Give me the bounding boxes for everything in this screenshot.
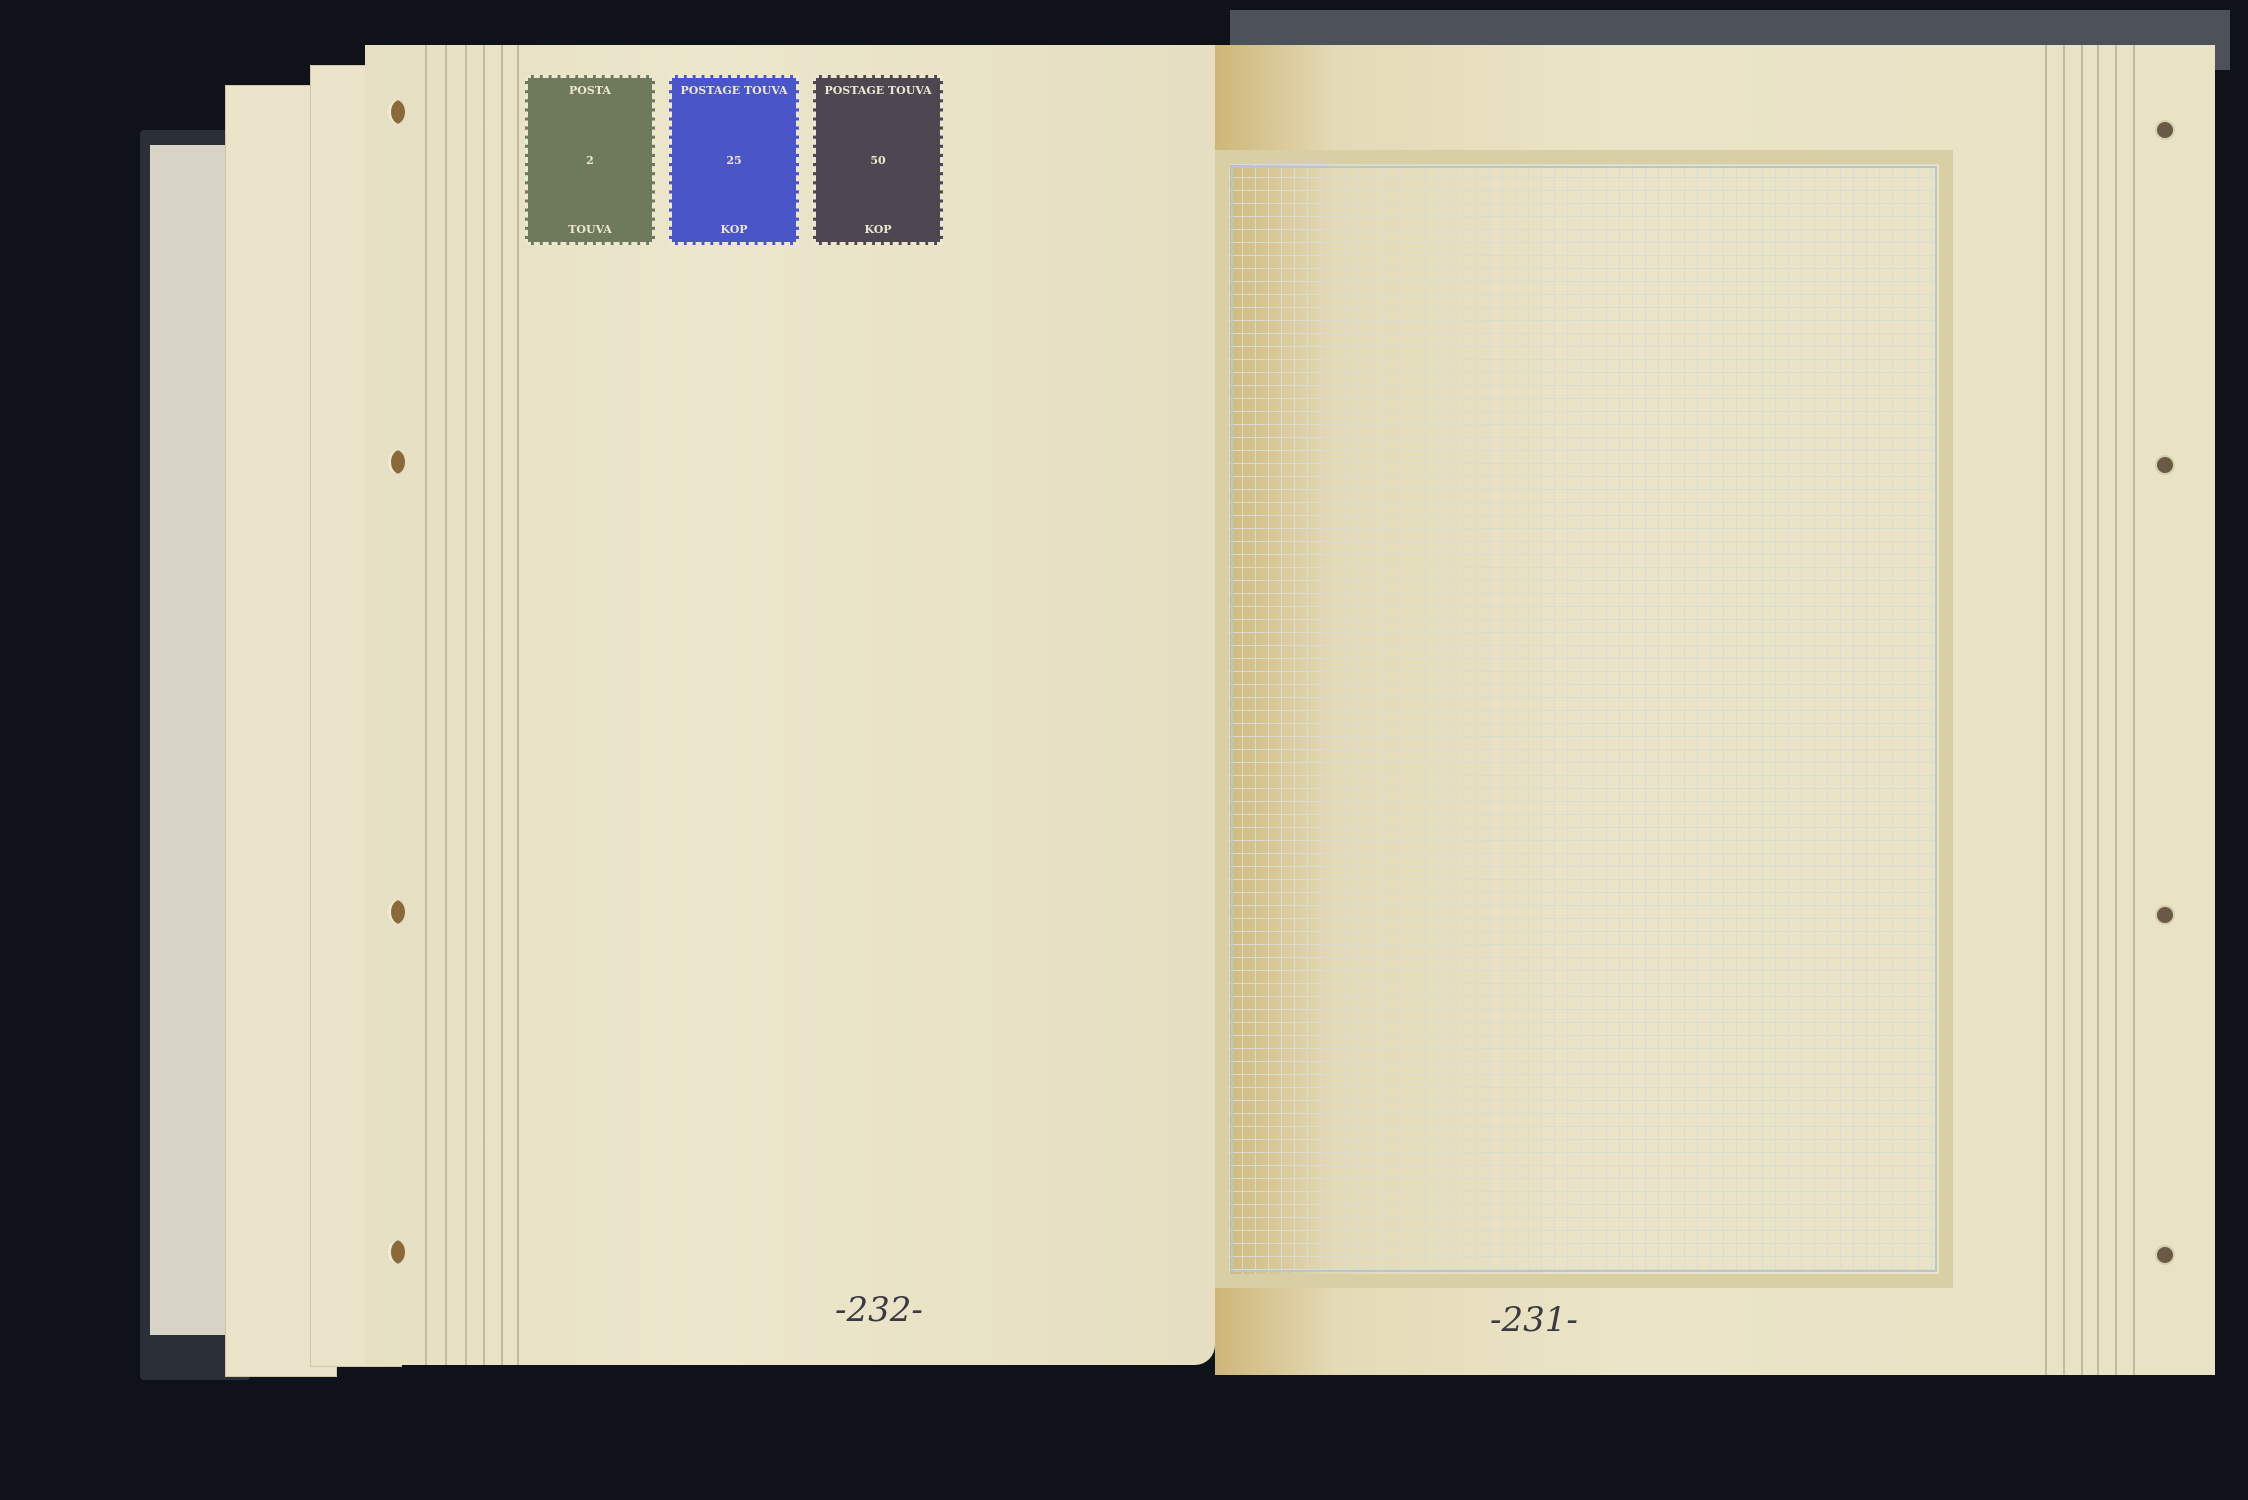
punch-hole: [387, 450, 405, 474]
punch-hole: [2155, 455, 2175, 475]
ornamental-grid-frame: [1215, 150, 1953, 1288]
punch-hole: [2155, 1245, 2175, 1265]
stamp[interactable]: POSTAGE TOUVA25KOP: [669, 75, 799, 245]
stamp-row: POSTA2TOUVA POSTAGE TOUVA25KOP POSTAGE T…: [525, 75, 943, 245]
punch-hole: [387, 900, 405, 924]
stamp[interactable]: POSTAGE TOUVA50KOP: [813, 75, 943, 245]
punch-hole: [2155, 905, 2175, 925]
stamp[interactable]: POSTA2TOUVA: [525, 75, 655, 245]
punch-hole: [2155, 120, 2175, 140]
page-number: -232-: [835, 1290, 923, 1330]
punch-hole: [387, 1240, 405, 1264]
punch-hole: [387, 100, 405, 124]
page-number: -231-: [1490, 1300, 1578, 1340]
